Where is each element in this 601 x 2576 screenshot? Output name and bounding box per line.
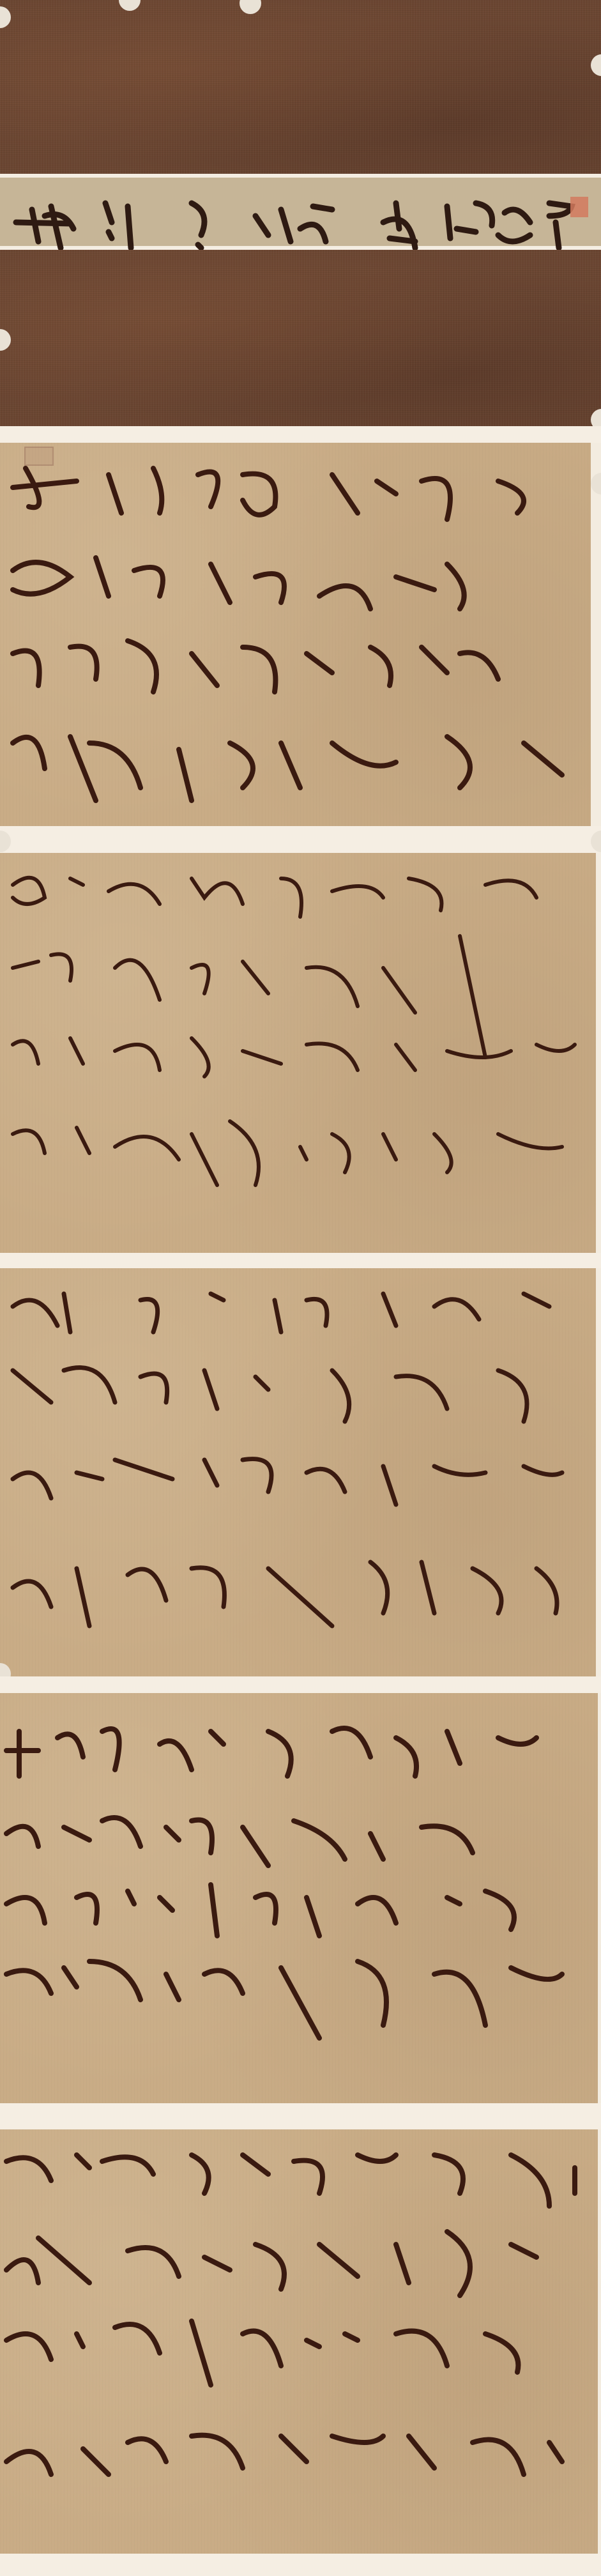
title-strip	[0, 174, 601, 250]
calligraphy-panel-2	[0, 853, 596, 1253]
calligraphy-panel-5	[0, 2129, 598, 2554]
mount-border	[0, 826, 601, 853]
mount-border	[0, 2103, 601, 2129]
panel-3-calligraphy	[0, 1268, 596, 1676]
mount-border	[0, 1253, 601, 1268]
panel-4-calligraphy	[0, 1693, 598, 2103]
panel-1-calligraphy	[0, 443, 591, 826]
calligraphy-panel-1	[0, 443, 591, 826]
panel-2-calligraphy	[0, 853, 596, 1253]
red-seal	[570, 197, 588, 217]
mount-border	[0, 1676, 601, 1693]
calligraphy-panel-3	[0, 1268, 596, 1676]
mount-border	[0, 2554, 601, 2576]
panel-5-calligraphy	[0, 2129, 598, 2554]
brocade-mount-bottom	[0, 250, 601, 426]
mount-border	[0, 426, 601, 443]
mount-notch	[591, 473, 601, 494]
brocade-mount-top	[0, 0, 601, 174]
title-calligraphy	[0, 178, 601, 254]
calligraphy-panel-4	[0, 1693, 598, 2103]
